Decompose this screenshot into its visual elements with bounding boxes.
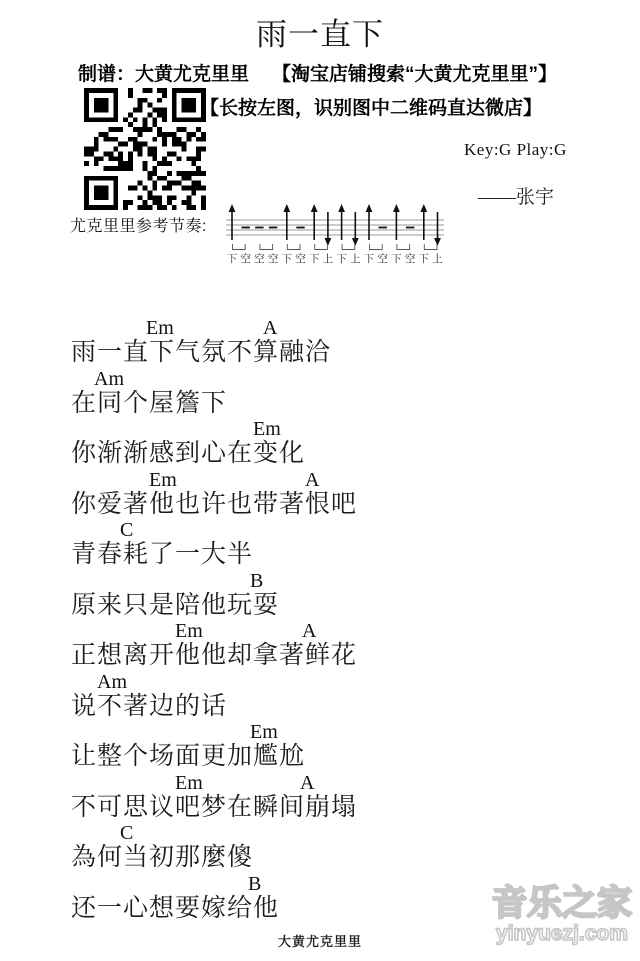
rhythm-beat: 空 <box>295 228 306 266</box>
watermark: 音乐之家 yinyuezj.com <box>486 886 638 944</box>
beat-pair-bracket <box>370 244 383 250</box>
chord-row: B <box>71 874 551 894</box>
beat-label: 下 <box>282 253 293 265</box>
lyric-text: 还一心想要嫁给他 <box>71 894 551 925</box>
lyric-line: Em让整个场面更加尷尬 <box>71 722 551 773</box>
chord-label: Am <box>94 369 124 389</box>
chord-label: B <box>250 571 263 591</box>
chord-row: B <box>71 571 551 591</box>
chord-label: A <box>305 470 319 490</box>
beat-pair-bracket <box>233 244 246 250</box>
lyric-text: 原来只是陪他玩耍 <box>71 591 551 622</box>
lyric-line: Am在同个屋簷下 <box>71 369 551 420</box>
beat-pair-bracket <box>342 244 355 250</box>
chord-label: B <box>248 874 261 894</box>
chord-label: Em <box>146 318 174 338</box>
beat-pair-bracket <box>287 244 300 250</box>
chord-label: Em <box>250 722 278 742</box>
rhythm-beat: 空 <box>240 228 251 266</box>
qr-code-icon <box>84 88 206 210</box>
rhythm-beat: 下 <box>336 204 347 265</box>
lyric-text: 说不著边的话 <box>71 692 551 723</box>
chord-label: A <box>300 773 314 793</box>
chord-label: C <box>120 520 133 540</box>
lyric-text: 青春耗了一大半 <box>71 540 551 571</box>
lyric-line: B原来只是陪他玩耍 <box>71 571 551 622</box>
rhythm-beat: 空 <box>268 228 279 266</box>
chord-row: EmA <box>71 318 551 338</box>
watermark-logo: 音乐之家 <box>486 886 638 921</box>
beat-label: 空 <box>377 252 388 265</box>
chord-row: EmA <box>71 621 551 641</box>
lyric-line: EmA不可思议吧梦在瞬间崩塌 <box>71 773 551 824</box>
lyric-text: 雨一直下气氛不算融洽 <box>71 338 551 369</box>
rhythm-beat: 下 <box>391 204 402 265</box>
lyric-line: Em你渐渐感到心在变化 <box>71 419 551 470</box>
beat-label: 空 <box>268 252 279 265</box>
rhythm-beat: 空 <box>405 228 416 266</box>
lyric-line: Am说不著边的话 <box>71 672 551 723</box>
beat-label: 空 <box>254 252 265 265</box>
qr-hint: 【长按左图，识别图中二维码直达微店】 <box>200 93 542 120</box>
lyric-text: 让整个场面更加尷尬 <box>71 742 551 773</box>
rhythm-beat: 下 <box>419 204 430 265</box>
beat-label: 下 <box>364 253 375 265</box>
chord-row: EmA <box>71 773 551 793</box>
lyric-text: 在同个屋簷下 <box>71 389 551 420</box>
chord-label: Em <box>149 470 177 490</box>
lyric-text: 不可思议吧梦在瞬间崩塌 <box>71 793 551 824</box>
chord-row: Am <box>71 369 551 389</box>
lyric-line: EmA正想离开他他却拿著鲜花 <box>71 621 551 672</box>
chord-row: Am <box>71 672 551 692</box>
rhythm-beat: 下 <box>309 204 320 265</box>
chord-label: Em <box>175 773 203 793</box>
beat-label: 空 <box>240 252 251 265</box>
beat-pair-bracket <box>315 244 328 250</box>
beat-label: 上 <box>323 252 334 265</box>
beat-label: 下 <box>309 253 320 265</box>
beat-pair-bracket <box>260 244 273 250</box>
rhythm-beat: 下 <box>227 204 238 265</box>
lyric-text: 為何当初那麼傻 <box>71 843 551 874</box>
lyric-text: 正想离开他他却拿著鲜花 <box>71 641 551 672</box>
lyrics-section: EmA雨一直下气氛不算融洽Am在同个屋簷下Em你渐渐感到心在变化EmA你爱著他也… <box>71 318 551 924</box>
shop-search-note: 【淘宝店铺搜索“大黄尤克里里”】 <box>272 59 557 86</box>
chord-sheet-page: 雨一直下 制谱：大黄尤克里里 【淘宝店铺搜索“大黄尤克里里”】 【长按左图，识别… <box>0 0 640 961</box>
key-info: Key:G Play:G <box>464 140 567 160</box>
lyric-line: C為何当初那麼傻 <box>71 823 551 874</box>
beat-label: 下 <box>336 253 347 265</box>
beat-label: 空 <box>405 252 416 265</box>
chord-label: C <box>120 823 133 843</box>
chord-label: Em <box>253 419 281 439</box>
beat-pair-bracket <box>424 244 437 250</box>
rhythm-label: 尤克里里参考节奏: <box>70 213 207 236</box>
rhythm-beat: 下 <box>364 204 375 265</box>
chord-label: Em <box>175 621 203 641</box>
rhythm-beat: 空 <box>377 228 388 266</box>
beat-label: 下 <box>419 253 430 265</box>
beat-label: 下 <box>227 253 238 265</box>
chord-row: EmA <box>71 470 551 490</box>
beat-pair-bracket <box>397 244 410 250</box>
lyric-text: 你爱著他也许也带著恨吧 <box>71 490 551 521</box>
beat-label: 上 <box>432 252 443 265</box>
watermark-site: yinyuezj.com <box>486 923 638 944</box>
chord-row: Em <box>71 722 551 742</box>
rhythm-beat: 下 <box>282 204 293 265</box>
lyric-line: C青春耗了一大半 <box>71 520 551 571</box>
chord-label: A <box>302 621 316 641</box>
artist-credit: ——张宇 <box>478 182 554 209</box>
beat-label: 下 <box>391 253 402 265</box>
chord-label: A <box>263 318 277 338</box>
lyric-line: EmA雨一直下气氛不算融洽 <box>71 318 551 369</box>
chord-row: C <box>71 823 551 843</box>
credit-maker: 制谱：大黄尤克里里 <box>78 59 249 86</box>
chord-row: Em <box>71 419 551 439</box>
beat-label: 上 <box>350 252 361 265</box>
song-title: 雨一直下 <box>0 9 640 54</box>
chord-label: Am <box>97 672 127 692</box>
lyric-line: EmA你爱著他也许也带著恨吧 <box>71 470 551 521</box>
beat-label: 空 <box>295 252 306 265</box>
rhythm-staff: 下空空空下空下上下上下空下空下上 <box>226 202 448 266</box>
lyric-line: B还一心想要嫁给他 <box>71 874 551 925</box>
lyric-text: 你渐渐感到心在变化 <box>71 439 551 470</box>
chord-row: C <box>71 520 551 540</box>
